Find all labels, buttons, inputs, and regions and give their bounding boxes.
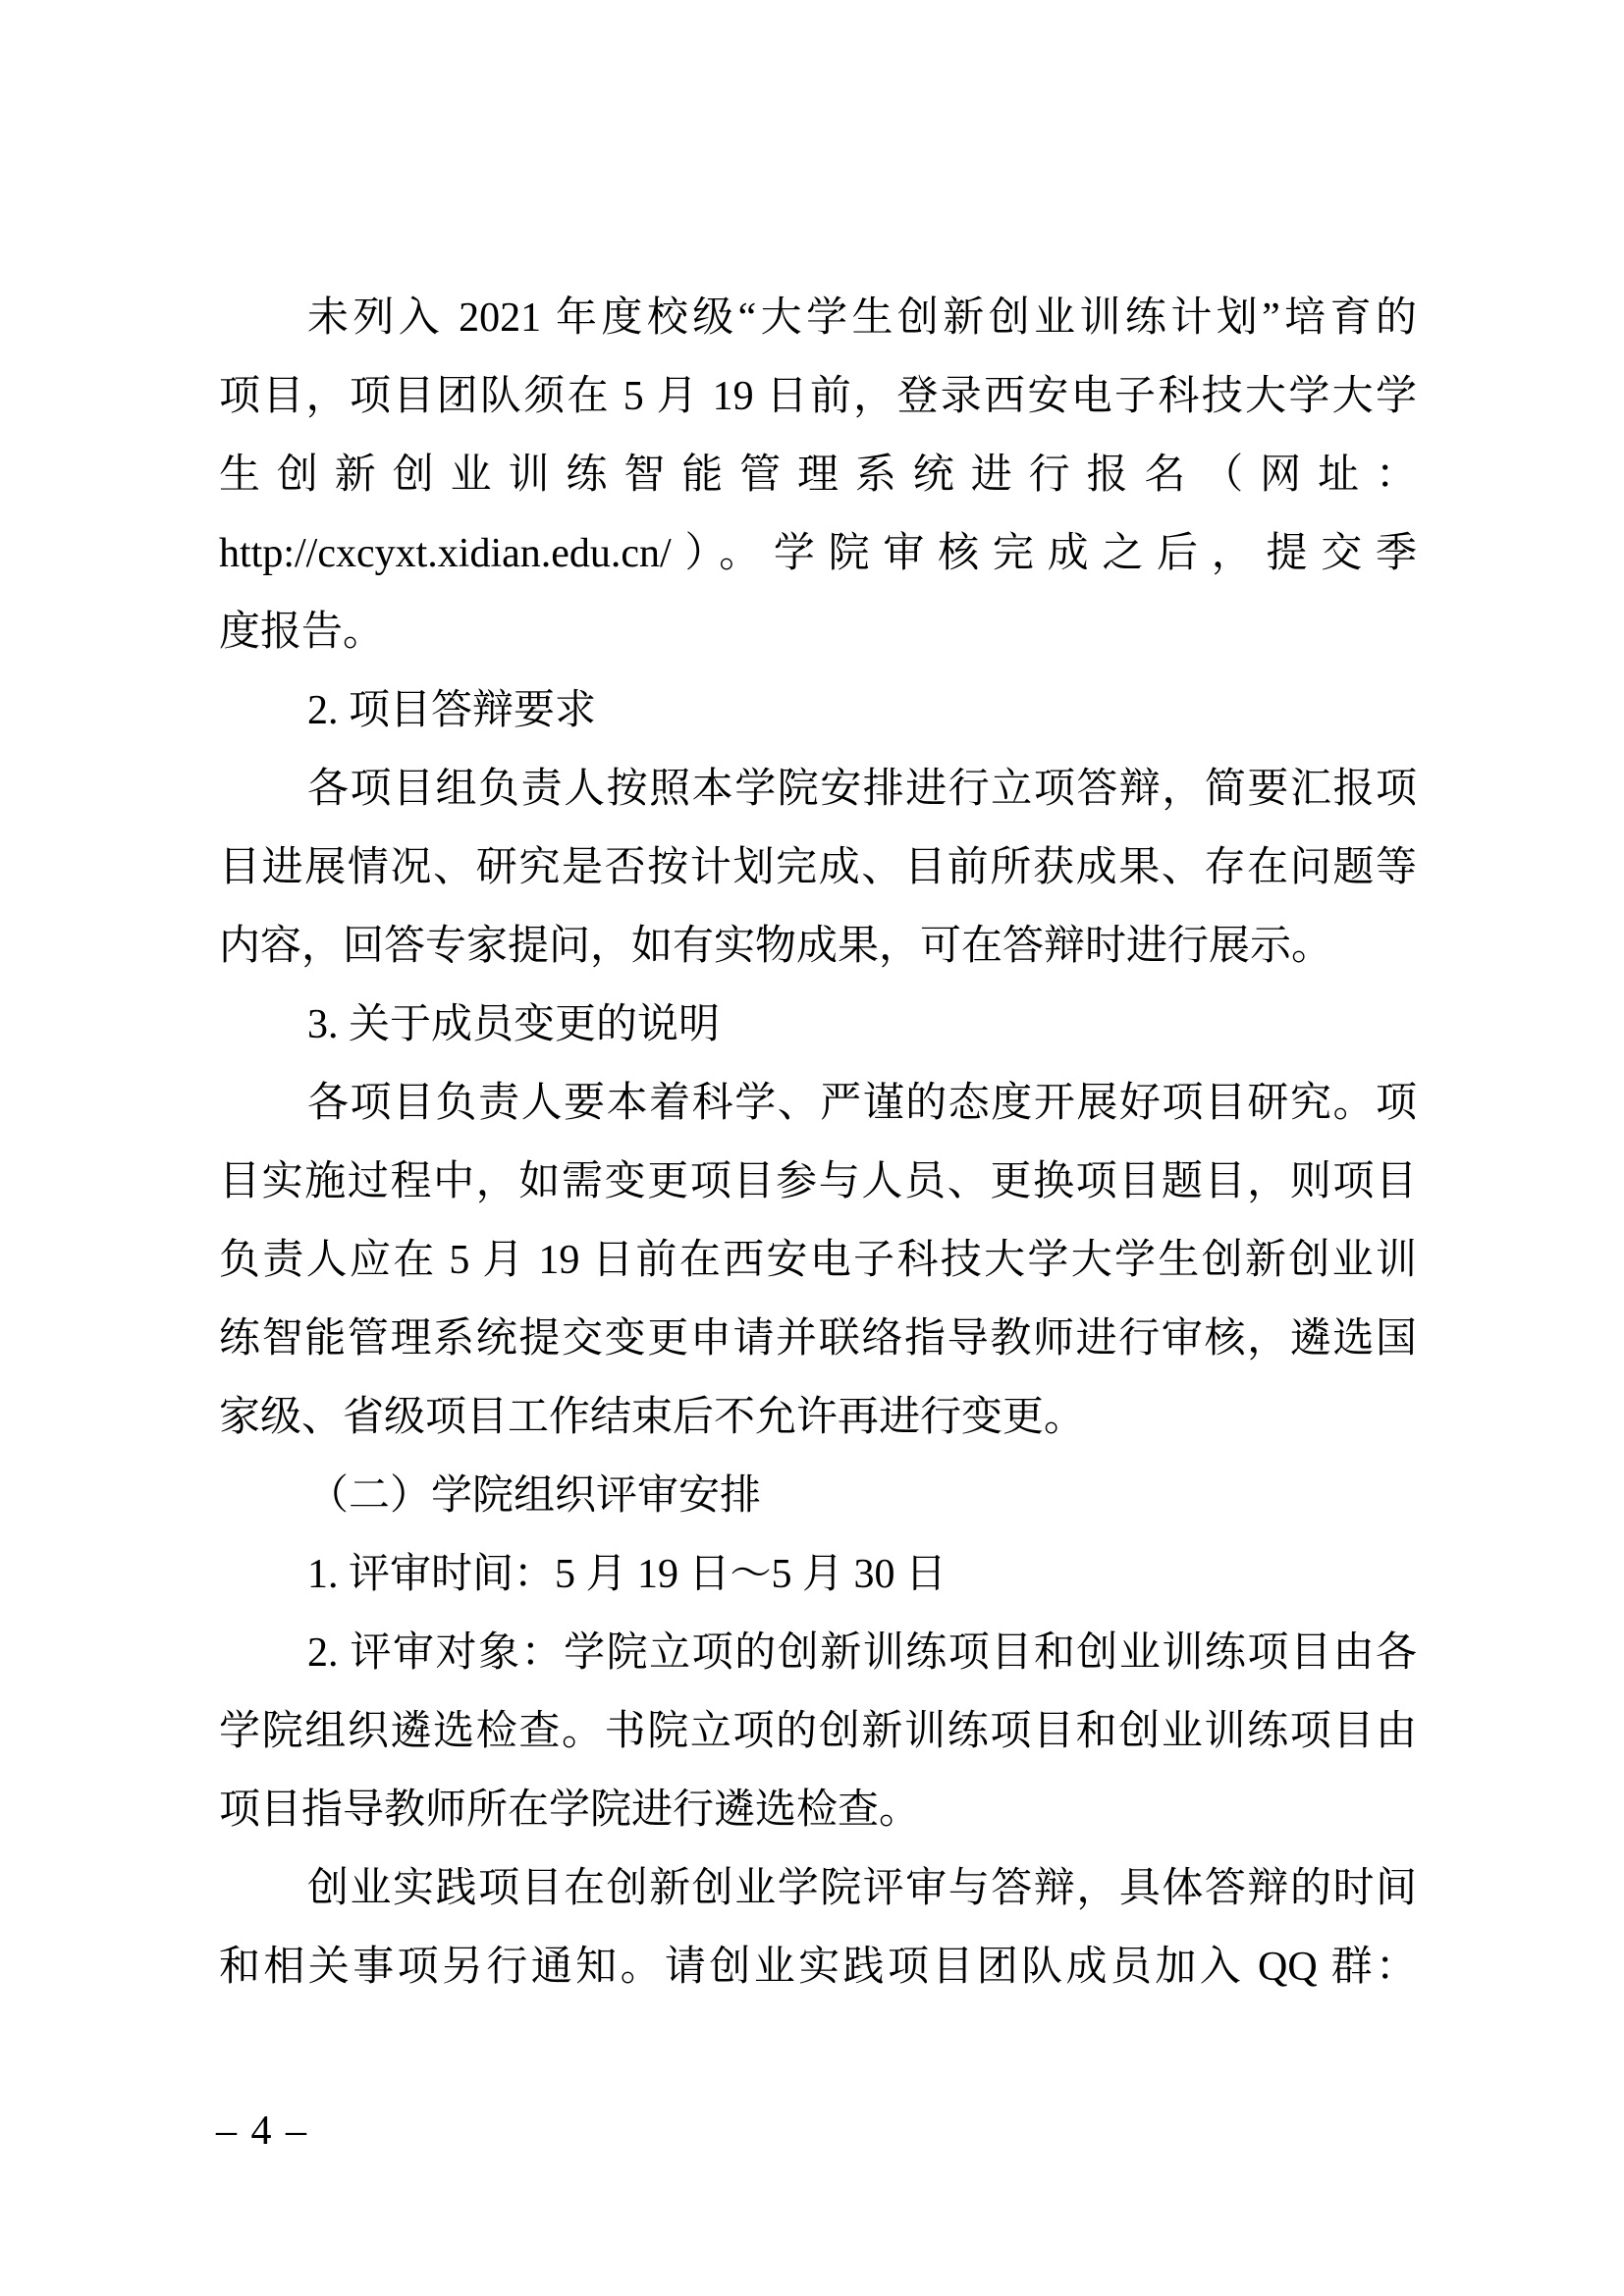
text-line: 和相关事项另行通知。请创业实践项目团队成员加入 QQ 群： <box>219 1928 1417 2006</box>
text-line: 家级、省级项目工作结束后不允许再进行变更。 <box>219 1378 1417 1457</box>
text-line: http://cxcyxt.xidian.edu.cn/）。学院审核完成之后，提… <box>219 514 1417 593</box>
page-number: – 4 – <box>216 2109 308 2154</box>
text-line: （二）学院组织评审安排 <box>219 1457 1417 1535</box>
text-line: 项目指导教师所在学院进行遴选检查。 <box>219 1771 1417 1849</box>
document-page: 未列入 2021 年度校级“大学生创新创业训练计划”培育的项目，项目团队须在 5… <box>0 0 1624 2296</box>
document-body: 未列入 2021 年度校级“大学生创新创业训练计划”培育的项目，项目团队须在 5… <box>219 279 1417 2006</box>
text-line: 未列入 2021 年度校级“大学生创新创业训练计划”培育的 <box>219 279 1417 357</box>
text-line: 目实施过程中，如需变更项目参与人员、更换项目题目，则项目 <box>219 1143 1417 1221</box>
text-line: 2. 评审对象：学院立项的创新训练项目和创业训练项目由各 <box>219 1614 1417 1692</box>
text-line: 各项目组负责人按照本学院安排进行立项答辩，简要汇报项 <box>219 750 1417 828</box>
text-line: 学院组织遴选检查。书院立项的创新训练项目和创业训练项目由 <box>219 1692 1417 1771</box>
text-line: 目进展情况、研究是否按计划完成、目前所获成果、存在问题等 <box>219 828 1417 907</box>
text-line: 各项目负责人要本着科学、严谨的态度开展好项目研究。项 <box>219 1064 1417 1143</box>
text-line: 3. 关于成员变更的说明 <box>219 986 1417 1064</box>
text-line: 练智能管理系统提交变更申请并联络指导教师进行审核，遴选国 <box>219 1300 1417 1378</box>
text-line: 项目，项目团队须在 5 月 19 日前，登录西安电子科技大学大学 <box>219 357 1417 436</box>
text-line: 度报告。 <box>219 593 1417 671</box>
text-line: 创业实践项目在创新创业学院评审与答辩，具体答辩的时间 <box>219 1849 1417 1928</box>
text-line: 1. 评审时间：5 月 19 日～5 月 30 日 <box>219 1535 1417 1614</box>
text-line: 内容，回答专家提问，如有实物成果，可在答辩时进行展示。 <box>219 907 1417 986</box>
text-line: 负责人应在 5 月 19 日前在西安电子科技大学大学生创新创业训 <box>219 1221 1417 1300</box>
text-line: 生创新创业训练智能管理系统进行报名（网址： <box>219 436 1417 514</box>
text-line: 2. 项目答辩要求 <box>219 671 1417 750</box>
